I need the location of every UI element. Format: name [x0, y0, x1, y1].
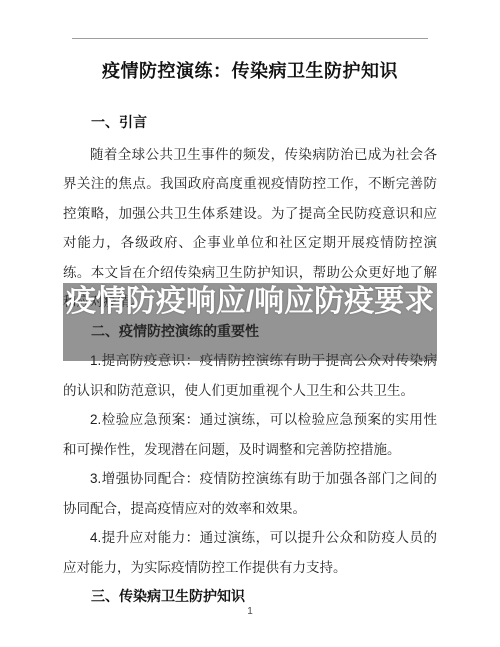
- page-number: 1: [0, 605, 500, 619]
- section-heading-introduction: 一、引言: [63, 108, 437, 138]
- caption-overlay-text: 疫情防疫响应/响应防疫要求: [63, 285, 437, 318]
- paragraph-item-2: 2.检验应急预案：通过演练，可以检验应急预案的实用性和可操作性，发现潜在问题，及…: [63, 405, 437, 464]
- document-title: 疫情防控演练：传染病卫生防护知识: [63, 58, 437, 84]
- document-page: 疫情防控演练：传染病卫生防护知识 一、引言 随着全球公共卫生事件的频发，传染病防…: [0, 0, 500, 647]
- paragraph-item-3: 3.增强协同配合：疫情防控演练有助于加强各部门之间的协同配合，提高疫情应对的效率…: [63, 464, 437, 523]
- caption-overlay-banner: 疫情防疫响应/响应防疫要求: [63, 283, 437, 361]
- paragraph-item-4: 4.提升应对能力：通过演练，可以提升公众和防疫人员的应对能力，为实际疫情防控工作…: [63, 523, 437, 582]
